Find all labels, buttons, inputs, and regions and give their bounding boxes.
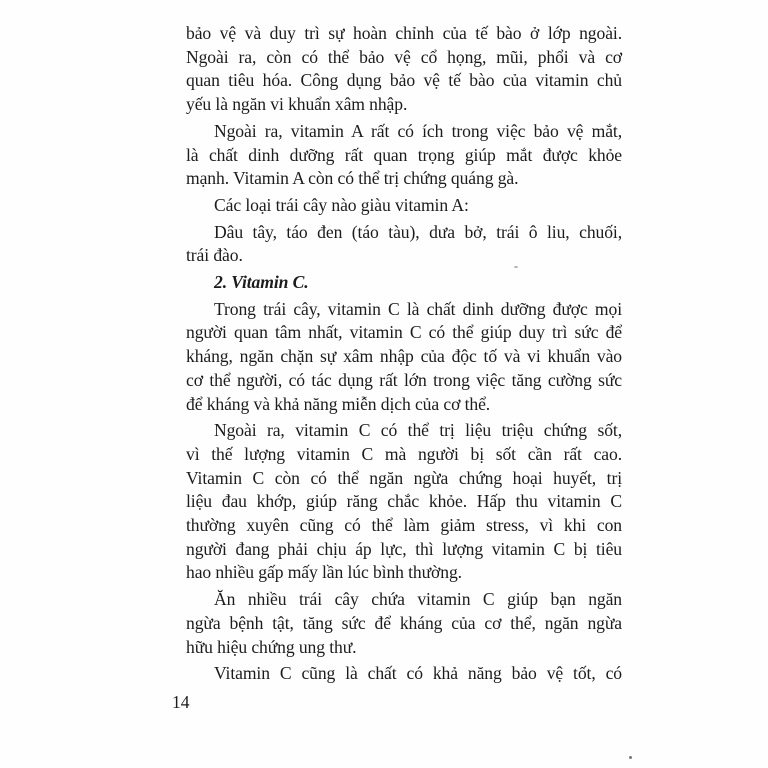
text-line: Trong trái cây, vitamin C là chất dinh d… (186, 298, 622, 322)
text-line: thường xuyên cũng có thể làm giảm stress… (186, 514, 622, 538)
text-line: là chất dinh dưỡng rất quan trọng giúp m… (186, 144, 622, 168)
text-line: Dâu tây, táo đen (táo tàu), dưa bở, trái… (186, 221, 622, 245)
paragraph: Ăn nhiều trái cây chứa vitamin C giúp bạ… (186, 588, 622, 659)
paragraph: Trong trái cây, vitamin C là chất dinh d… (186, 298, 622, 417)
paragraph: Dâu tây, táo đen (táo tàu), dưa bở, trái… (186, 221, 622, 268)
text-line: yếu là ngăn vi khuẩn xâm nhập. (186, 93, 622, 117)
text-line: người đang phải chịu áp lực, thì lượng v… (186, 538, 622, 562)
section-heading: 2. Vitamin C. (186, 271, 622, 295)
scan-speck (629, 756, 632, 759)
book-page: bảo vệ và duy trì sự hoàn chỉnh của tế b… (0, 0, 768, 768)
text-line: trái đào. (186, 244, 622, 268)
page-number: 14 (172, 692, 190, 713)
paragraph: Vitamin C cũng là chất có khả năng bảo v… (186, 662, 622, 686)
text-line: hữu hiệu chứng ung thư. (186, 636, 622, 660)
text-line: Vitamin C cũng là chất có khả năng bảo v… (186, 662, 622, 686)
paragraph: Các loại trái cây nào giàu vitamin A: (186, 194, 622, 218)
text-line: Ăn nhiều trái cây chứa vitamin C giúp bạ… (186, 588, 622, 612)
text-line: cơ thể người, có tác dụng rất lớn trong … (186, 369, 622, 393)
text-line: Ngoài ra, còn có thể bảo vệ cổ họng, mũi… (186, 46, 622, 70)
paragraph: bảo vệ và duy trì sự hoàn chỉnh của tế b… (186, 22, 622, 117)
text-line: quan tiêu hóa. Công dụng bảo vệ tế bào c… (186, 69, 622, 93)
paragraph: Ngoài ra, vitamin C có thể trị liệu triệ… (186, 419, 622, 585)
text-line: người quan tâm nhất, vitamin C có thể gi… (186, 321, 622, 345)
text-line: ngừa bệnh tật, tăng sức để kháng của cơ … (186, 612, 622, 636)
text-line: Vitamin C còn có thể ngăn ngừa chứng hoạ… (186, 467, 622, 491)
text-line: Ngoài ra, vitamin A rất có ích trong việ… (186, 120, 622, 144)
text-line: Ngoài ra, vitamin C có thể trị liệu triệ… (186, 419, 622, 443)
text-block: bảo vệ và duy trì sự hoàn chỉnh của tế b… (186, 22, 622, 686)
text-line: kháng, ngăn chặn sự xâm nhập của độc tố … (186, 345, 622, 369)
text-line: hao nhiều gấp mấy lần lúc bình thường. (186, 561, 622, 585)
text-line: Các loại trái cây nào giàu vitamin A: (186, 194, 622, 218)
paragraph: Ngoài ra, vitamin A rất có ích trong việ… (186, 120, 622, 191)
text-line: để kháng và khả năng miễn dịch của cơ th… (186, 393, 622, 417)
text-line: liệu đau khớp, giúp răng chắc khỏe. Hấp … (186, 490, 622, 514)
scan-speck (514, 266, 518, 268)
text-line: 2. Vitamin C. (186, 271, 622, 295)
text-line: vì thế lượng vitamin C mà người bị sốt c… (186, 443, 622, 467)
text-line: mạnh. Vitamin A còn có thể trị chứng quá… (186, 167, 622, 191)
text-line: bảo vệ và duy trì sự hoàn chỉnh của tế b… (186, 22, 622, 46)
